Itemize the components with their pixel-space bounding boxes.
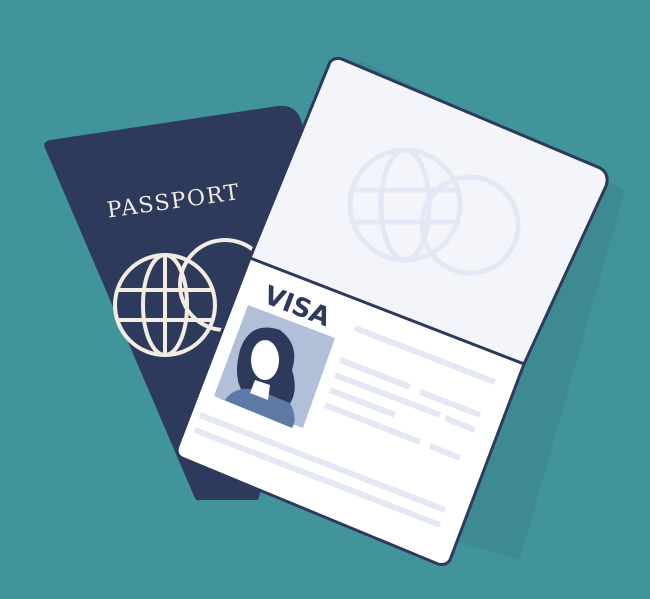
passport-visa-illustration: PASSPORT VISA — [0, 0, 650, 599]
